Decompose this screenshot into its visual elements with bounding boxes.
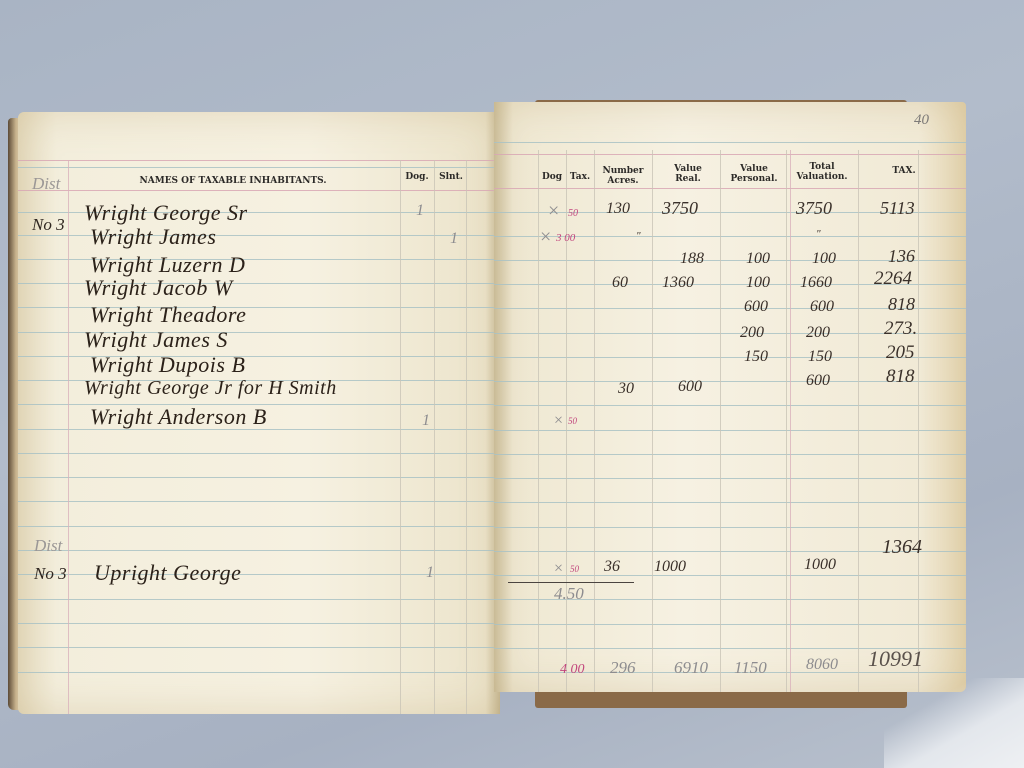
page-number: 40 xyxy=(914,112,929,129)
dog-count: 1 xyxy=(422,412,430,430)
dog-tax-subtotal: 4.50 xyxy=(554,584,584,604)
dog-tax-value: 3 00 xyxy=(556,232,575,244)
light-glare xyxy=(884,678,1024,768)
taxpayer-name: Wright James S xyxy=(84,327,228,353)
grand-total-tax: 10991 xyxy=(868,646,923,672)
total-valuation: 600 xyxy=(806,372,830,390)
total-valuation: 150 xyxy=(808,348,832,366)
tax-total: 818 xyxy=(888,294,915,315)
value-personal-column-header: Value Personal. xyxy=(726,164,782,184)
total-value-real: 6910 xyxy=(674,658,708,678)
total-valuation: 3750 xyxy=(796,198,832,219)
taxpayer-name: Upright George xyxy=(94,560,241,586)
value-real-column-header: Value Real. xyxy=(664,164,712,184)
tax-total: 273. xyxy=(884,318,917,340)
taxpayer-name: Wright Dupois B xyxy=(90,352,245,378)
value-real: 3750 xyxy=(662,198,698,219)
total-dog-tax: 4 00 xyxy=(560,662,585,678)
value-real: 1000 xyxy=(654,558,686,576)
subtotal-line xyxy=(508,582,634,583)
dog-mark: × xyxy=(548,200,559,223)
district-label: Dist xyxy=(34,536,62,556)
ledger-left-page: NAMES OF TAXABLE INHABITANTS. Dog. Slnt.… xyxy=(18,112,500,714)
dog-tax-value: 50 xyxy=(568,416,577,426)
value-personal: 150 xyxy=(744,348,768,366)
taxpayer-name: Wright George Jr for H Smith xyxy=(84,377,337,400)
acres-column-header: Number Acres. xyxy=(598,166,648,186)
tax-total: 136 xyxy=(888,246,915,267)
grand-total-valuation: 8060 xyxy=(806,656,838,674)
dog-mark: × xyxy=(540,226,551,249)
tax-total: 2264 xyxy=(874,268,912,290)
taxpayer-name: Wright George Sr xyxy=(84,200,248,226)
dog-tax-value: 50 xyxy=(570,564,579,574)
total-valuation: 100 xyxy=(812,250,836,268)
value-real: 600 xyxy=(678,378,702,396)
tax-total-column-header: TAX. xyxy=(874,166,934,176)
tax-column-header: Tax. xyxy=(566,172,594,182)
total-valuation: 1000 xyxy=(804,556,836,574)
value-real: 188 xyxy=(680,250,704,268)
acres-value: 60 xyxy=(612,274,628,292)
total-valuation-column-header: Total Valuation. xyxy=(792,162,852,182)
dog-column-header: Dog xyxy=(538,172,566,182)
acres-value: 130 xyxy=(606,200,630,218)
acres-value: 36 xyxy=(604,558,620,576)
dog-count: 1 xyxy=(426,564,434,582)
tax-total: 1364 xyxy=(882,536,922,559)
tax-total: 205 xyxy=(886,342,915,364)
dog-mark: × xyxy=(554,560,563,578)
taxpayer-name: Wright Jacob W xyxy=(84,275,233,301)
total-valuation: 1660 xyxy=(800,274,832,292)
taxpayer-name: Wright James xyxy=(90,224,216,250)
total-value-personal: 1150 xyxy=(734,658,767,678)
names-column-header: NAMES OF TAXABLE INHABITANTS. xyxy=(108,176,358,186)
dog-mark: × xyxy=(554,412,563,430)
tax-total: 5113 xyxy=(880,198,915,219)
district-label: Dist xyxy=(32,174,60,194)
tax-total: 818 xyxy=(886,366,915,388)
slnt-count: 1 xyxy=(450,230,458,248)
value-personal: 200 xyxy=(740,324,764,342)
dog-count: 1 xyxy=(416,202,424,220)
dog-column-header: Dog. xyxy=(402,172,432,182)
taxpayer-name: Wright Anderson B xyxy=(90,404,267,430)
value-personal: 100 xyxy=(746,250,770,268)
district-number: No 3 xyxy=(34,564,67,584)
value-real: 1360 xyxy=(662,274,694,292)
slnt-column-header: Slnt. xyxy=(436,172,466,182)
ledger-right-page: 40 Dog Tax. Number Acres. Value Real. Va… xyxy=(494,102,966,692)
total-valuation-ditto: " xyxy=(816,228,821,240)
taxpayer-name: Wright Theadore xyxy=(90,302,246,328)
acres-ditto: " xyxy=(636,230,641,242)
dog-tax-value: 50 xyxy=(568,208,578,219)
value-personal: 100 xyxy=(746,274,770,292)
total-valuation: 200 xyxy=(806,324,830,342)
total-acres: 296 xyxy=(610,658,636,678)
total-valuation: 600 xyxy=(810,298,834,316)
district-number: No 3 xyxy=(32,215,65,235)
value-personal: 600 xyxy=(744,298,768,316)
acres-value: 30 xyxy=(618,380,634,398)
